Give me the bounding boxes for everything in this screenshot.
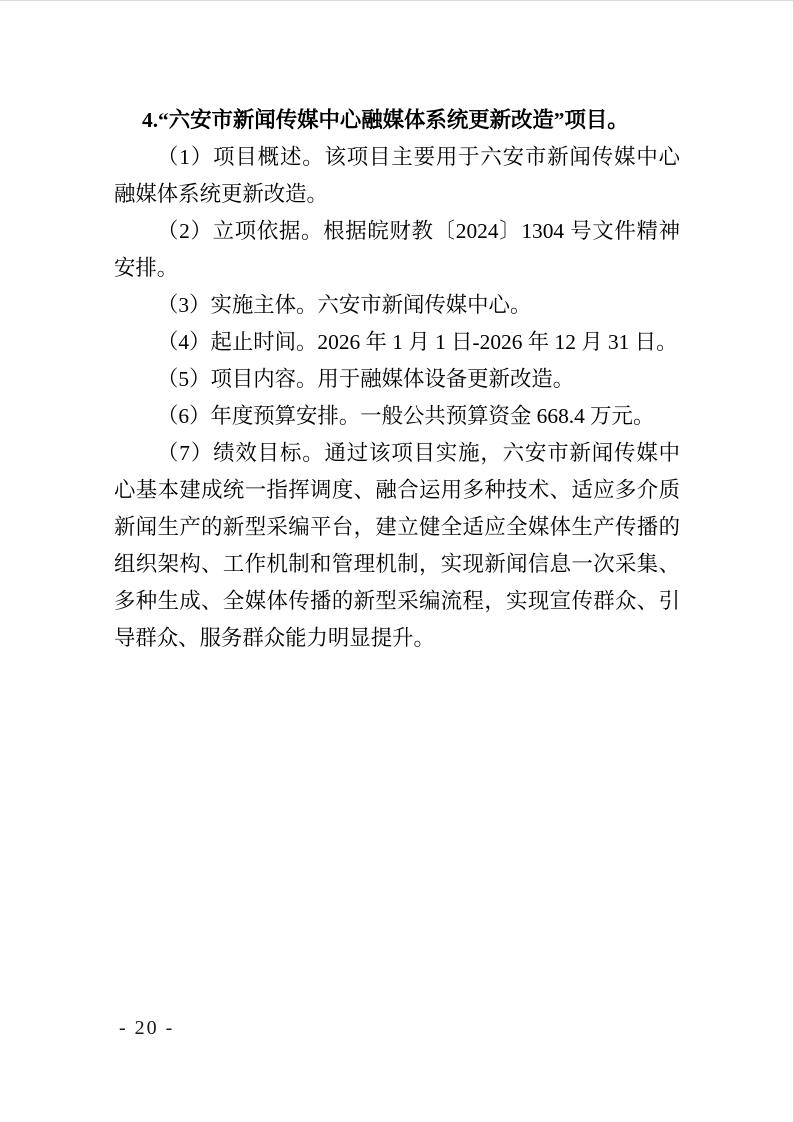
paragraph-approval-basis: （2）立项依据。根据皖财教〔2024〕1304 号文件精神安排。 xyxy=(114,213,680,287)
paragraph-implementing-entity: （3）实施主体。六安市新闻传媒中心。 xyxy=(114,287,680,324)
paragraph-time-period: （4）起止时间。2026 年 1 月 1 日-2026 年 12 月 31 日。 xyxy=(114,324,680,361)
paragraph-project-content: （5）项目内容。用于融媒体设备更新改造。 xyxy=(114,361,680,398)
paragraph-annual-budget: （6）年度预算安排。一般公共预算资金 668.4 万元。 xyxy=(114,398,680,435)
paragraph-performance-goals: （7）绩效目标。通过该项目实施，六安市新闻传媒中心基本建成统一指挥调度、融合运用… xyxy=(114,435,680,657)
paragraph-project-overview: （1）项目概述。该项目主要用于六安市新闻传媒中心融媒体系统更新改造。 xyxy=(114,139,680,213)
section-title: 4.“六安市新闻传媒中心融媒体系统更新改造”项目。 xyxy=(114,102,680,139)
document-body: 4.“六安市新闻传媒中心融媒体系统更新改造”项目。 （1）项目概述。该项目主要用… xyxy=(114,102,680,657)
page-number: - 20 - xyxy=(119,1015,174,1041)
document-page: 4.“六安市新闻传媒中心融媒体系统更新改造”项目。 （1）项目概述。该项目主要用… xyxy=(0,0,793,1122)
